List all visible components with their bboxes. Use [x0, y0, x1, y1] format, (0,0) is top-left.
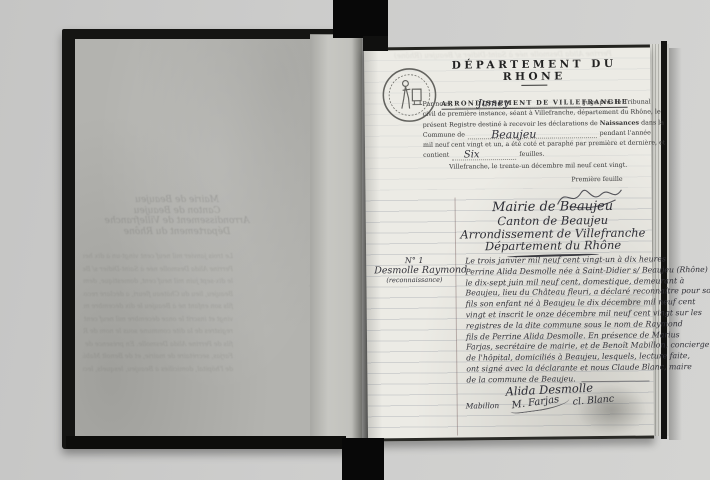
bleedthrough-line: Perrine Alida Desmolle née à Saint-Didie… — [83, 264, 233, 277]
bleedthrough-line: vingt et inscrit le onze décembre mil ne… — [83, 314, 233, 327]
bleedthrough-line: Mairie de Beaujeu — [89, 195, 265, 206]
form-text: pendant l'année — [600, 128, 651, 139]
bleedthrough-line: Département du Rhône — [89, 227, 265, 238]
act-margin-name: Desmolle Raymond — [374, 265, 454, 277]
signature-witness-mabillon: Mabillon — [466, 401, 500, 410]
scanner-strap-bottom — [342, 438, 384, 480]
act-margin: N° 1 Desmolle Raymond (reconnaissance) — [374, 256, 454, 285]
sheet-count-handwritten: Six — [464, 151, 480, 161]
signature-mayor-blanc: cl. Blanc — [572, 393, 614, 407]
form-text: dans la — [641, 118, 664, 129]
commune-name-handwritten: Beaujeu — [491, 130, 536, 141]
book-bottom-cover-edge — [66, 436, 346, 449]
cover-edge-highlight — [667, 44, 669, 436]
certification-dateline: Villefranche, le trente-un décembre mil … — [431, 162, 645, 171]
left-blank-page: Mairie de Beaujeu Canton de Beaujeu Arro… — [75, 39, 315, 438]
form-text: Par nous, — [422, 100, 452, 111]
bleedthrough-line: de l'hôpital, domiciliés à Beaujeu, lesq… — [83, 364, 233, 377]
mairie-line: Département du Rhône — [458, 239, 648, 253]
mairie-heading-block: Mairie de Beaujeu Canton de Beaujeu Arro… — [458, 200, 649, 257]
act-margin-note: (reconnaissance) — [374, 276, 454, 285]
form-text: Commune de — [423, 130, 465, 141]
bleedthrough-line: Beaujeu, lieu du Château fleuri, a décla… — [83, 289, 233, 302]
form-text: feuilles. — [519, 150, 544, 161]
bleedthrough-line: Canton de Beaujeu — [89, 206, 265, 217]
dotted-field: Six — [452, 159, 516, 161]
judge-name-handwritten: Jamey — [478, 99, 509, 110]
form-text: contient — [423, 151, 449, 162]
scanner-strap-top-extension — [363, 36, 388, 51]
bleedthrough-line: fils son enfant né à Beaujeu le dix déce… — [83, 301, 233, 314]
bleedthrough-line: fils de Perrine Alida Desmolle. En prése… — [83, 339, 233, 352]
bleedthrough-line: Farjas, secrétaire de mairie, et de Beno… — [83, 351, 233, 364]
bleedthrough-act-text: Le trois janvier mil neuf cent vingt-un … — [83, 251, 233, 376]
form-text-naissances: Naissances — [600, 118, 639, 129]
bleedthrough-line: le dix-sept juin mil neuf cent, domestiq… — [83, 276, 233, 289]
title-underline — [521, 85, 547, 86]
bleedthrough-line: Arrondissement de Villefranche — [89, 216, 265, 227]
book-right-shadow — [669, 48, 685, 440]
register-first-sheet-page: Perrine Alida Desmolle née à Saint-Didie… — [364, 45, 654, 442]
bleedthrough-line: registres de la dite commune sous le nom… — [83, 326, 233, 339]
act-body-text: Le trois janvier mil neuf cent vingt-un … — [465, 255, 653, 387]
form-text: Juge près le Tribunal — [583, 98, 650, 109]
department-title: DÉPARTEMENT DU RHONE — [420, 58, 648, 84]
bleedthrough-line: Le trois janvier mil neuf cent vingt-un … — [83, 251, 233, 264]
scanner-strap-top — [333, 0, 388, 38]
register-certification-form: Par nous, Jamey Juge près le Tribunal ci… — [422, 98, 651, 162]
bleedthrough-mairie-block: Mairie de Beaujeu Canton de Beaujeu Arro… — [89, 195, 265, 237]
